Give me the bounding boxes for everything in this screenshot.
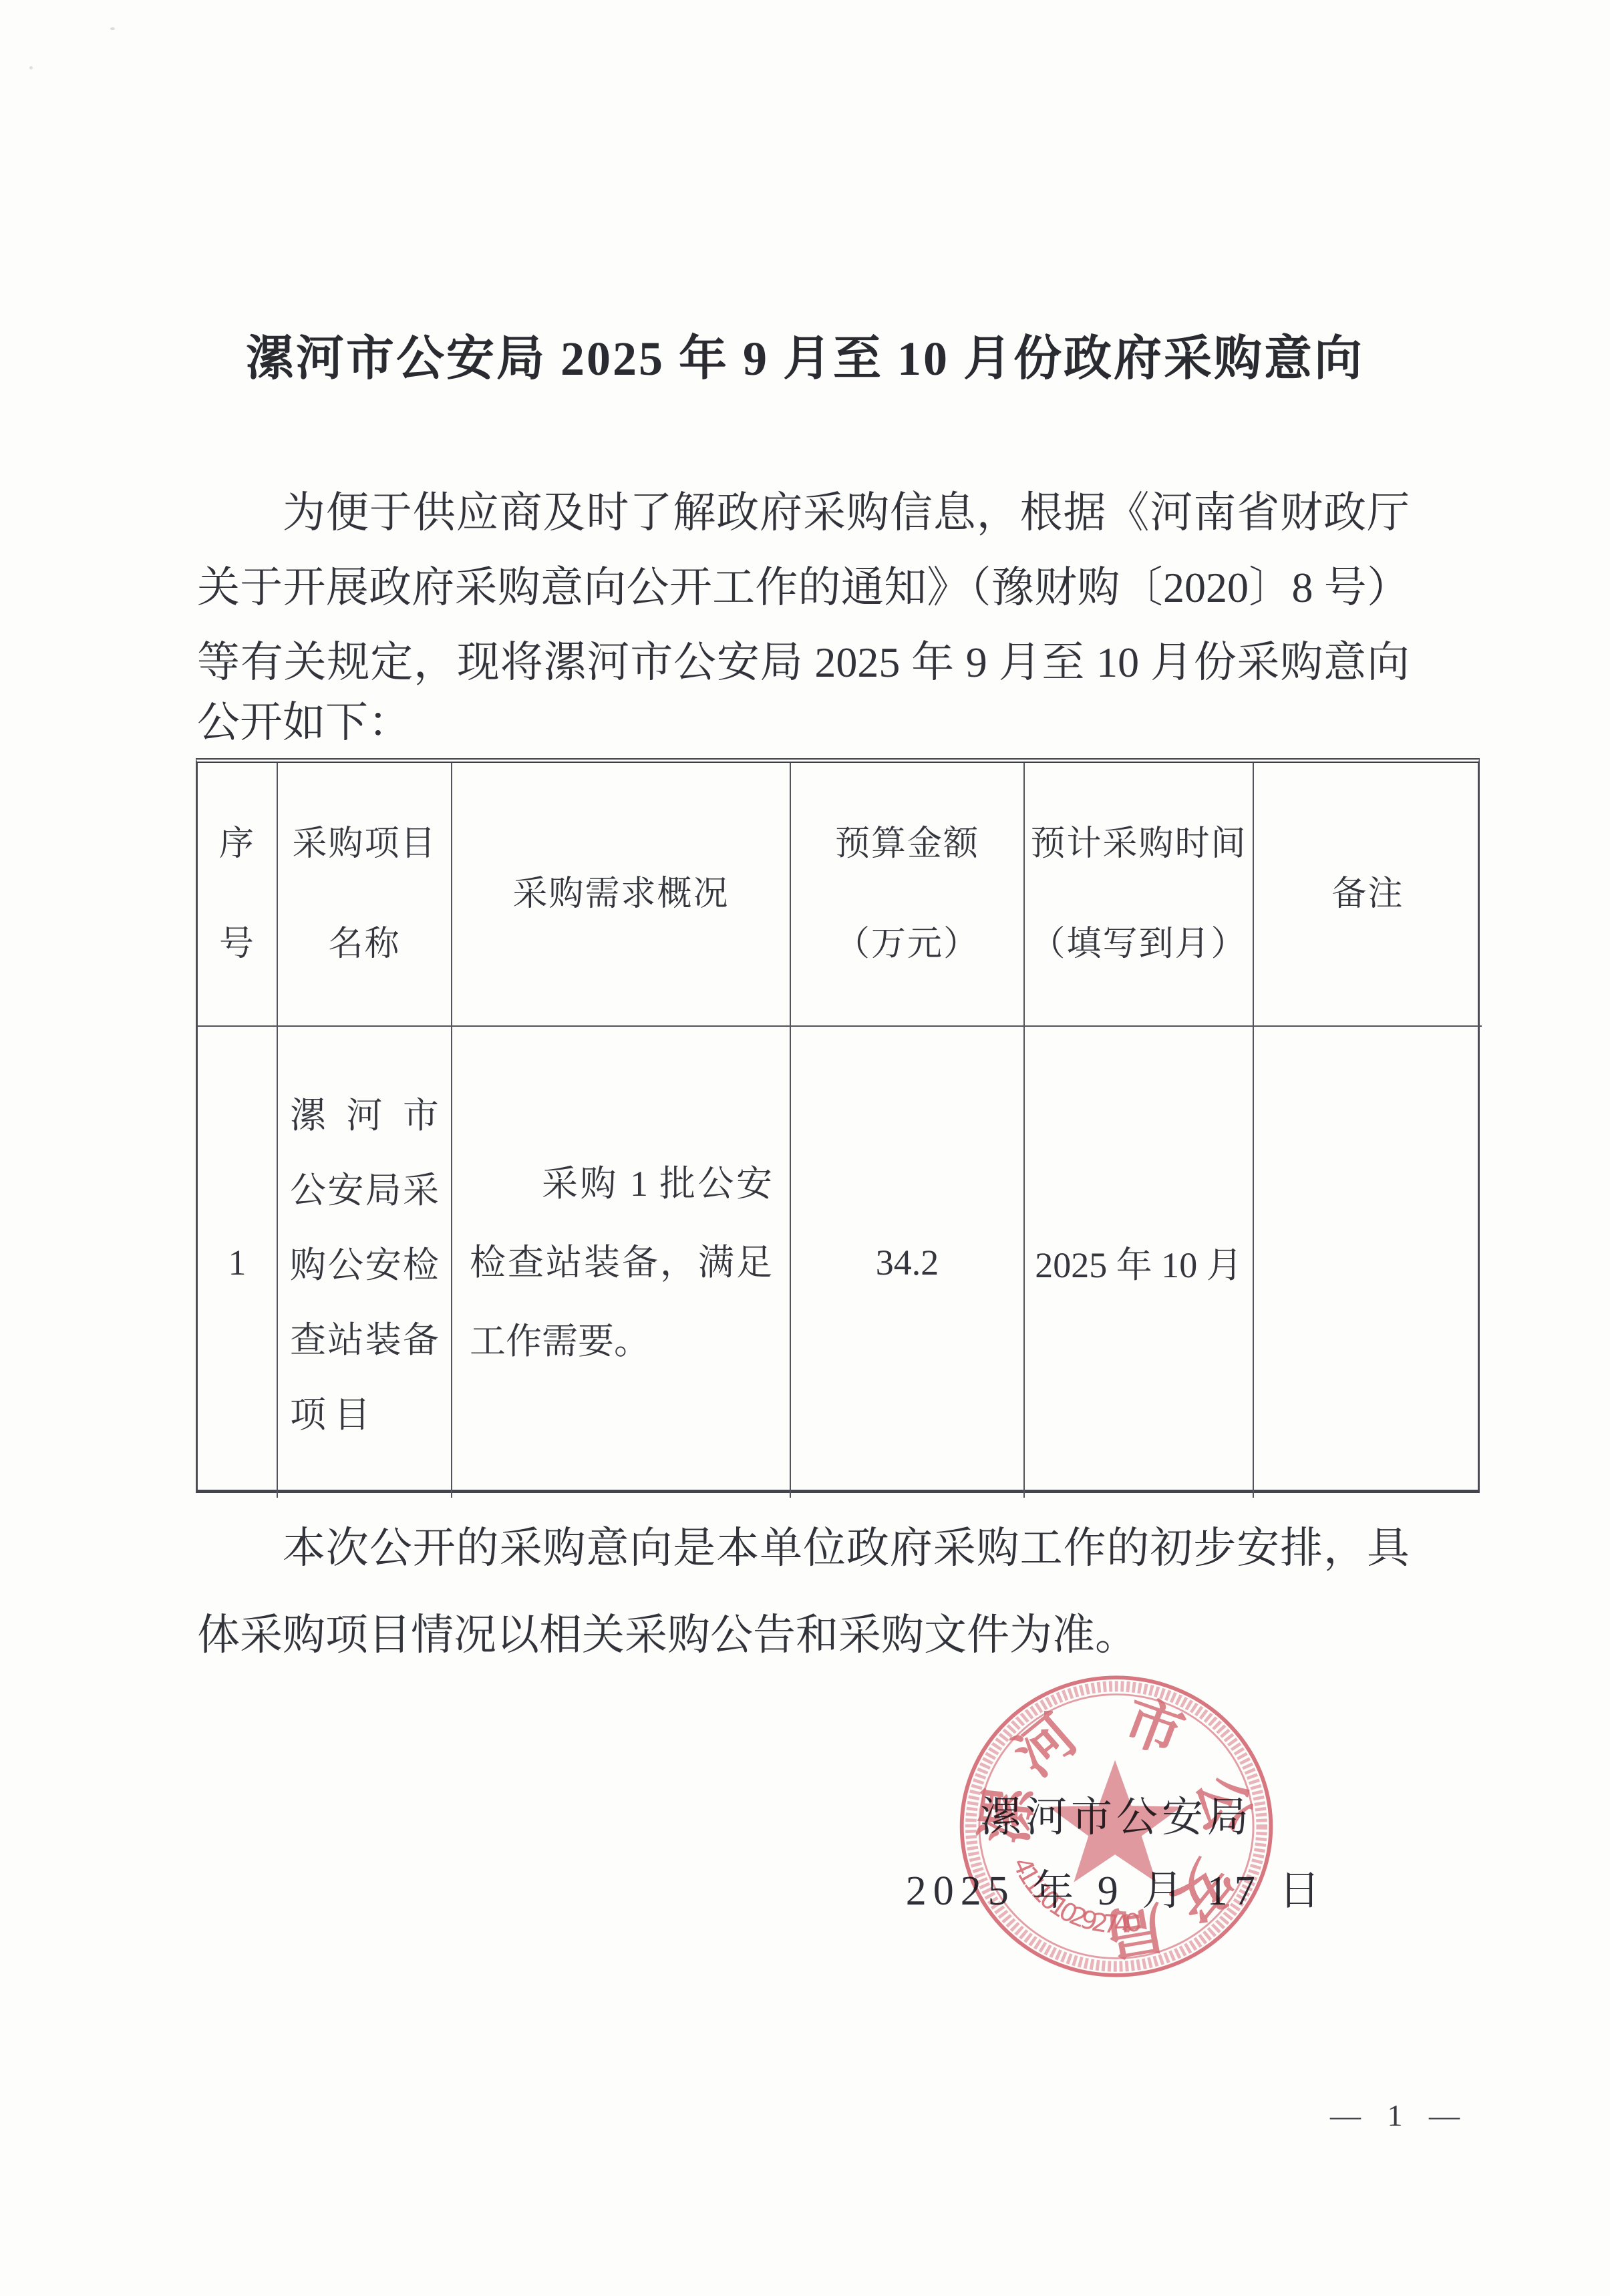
cell-project-name: 漯河市公安局采购公安检查站装备项目: [278, 1027, 452, 1498]
cell-expected-time: 2025 年 10 月: [1025, 1027, 1254, 1498]
scan-artifact: [110, 27, 115, 30]
header-line: 名称: [328, 925, 400, 964]
seal-ring-char: 河: [1003, 1703, 1090, 1788]
intro-tail-line: 公开如下：: [197, 685, 1410, 760]
scan-artifact: [29, 66, 33, 69]
closing-paragraph: 本次公开的采购意向是本单位政府采购工作的初步安排，具体采购项目情况以相关采购公告…: [197, 1505, 1410, 1679]
header-line: 序: [219, 825, 255, 864]
paragraph-line: 为便于供应商及时了解政府采购信息，根据《河南省财政厅: [197, 476, 1410, 550]
header-line: 号: [219, 925, 255, 964]
seal-ring-char: 公: [1185, 1770, 1261, 1838]
document-title: 漯河市公安局 2025 年 9 月至 10 月份政府采购意向: [0, 319, 1610, 389]
seal-ring-char: 安: [1159, 1850, 1247, 1933]
header-line: 采购项目: [292, 825, 436, 864]
paragraph-line: 体采购项目情况以相关采购公告和采购文件为准。: [197, 1592, 1410, 1679]
official-seal-stamp: 漯河市公安局 4111010292740: [954, 1670, 1279, 1983]
seal-ring-char: 市: [1115, 1688, 1192, 1766]
name-line: 漯河市: [278, 1076, 451, 1150]
header-line: 预计采购时间: [1030, 825, 1247, 864]
name-line: 项目: [278, 1375, 451, 1450]
paragraph-line: 关于开展政府采购意向公开工作的通知》（豫财购〔2020〕8 号）: [197, 550, 1410, 625]
seal-ring-char: 漯: [972, 1783, 1043, 1847]
cell-demand-overview: 采购 1 批公安检查站装备，满足工作需要。: [452, 1027, 791, 1498]
page-number: — 1 —: [1293, 2098, 1506, 2133]
seal-star: [1048, 1760, 1182, 1882]
procurement-table: 序号 采购项目名称 采购需求概况 预算金额（万元） 预计采购时间（填写到月） 备…: [196, 758, 1480, 1493]
header-line: 备注: [1331, 875, 1404, 914]
header-cell-remark: 备注: [1254, 763, 1482, 1027]
cell-budget: 34.2: [791, 1027, 1025, 1498]
document-page: 漯河市公安局 2025 年 9 月至 10 月份政府采购意向 为便于供应商及时了…: [0, 0, 1610, 2296]
header-cell-expected-time: 预计采购时间（填写到月）: [1025, 763, 1254, 1027]
header-line: （填写到月）: [1030, 925, 1247, 964]
header-cell-demand-overview: 采购需求概况: [452, 763, 791, 1027]
name-line: 公安局采: [278, 1150, 451, 1225]
header-cell-project-name: 采购项目名称: [278, 763, 452, 1027]
paragraph-line: 本次公开的采购意向是本单位政府采购工作的初步安排，具: [197, 1505, 1410, 1592]
name-line: 查站装备: [278, 1300, 451, 1375]
cell-remark: [1254, 1027, 1482, 1498]
header-cell-budget: 预算金额（万元）: [791, 763, 1025, 1027]
header-line: 采购需求概况: [512, 875, 729, 914]
header-line: （万元）: [835, 925, 979, 964]
demand-overview-text: 采购 1 批公安检查站装备，满足工作需要。: [452, 1144, 790, 1381]
name-line: 购公安检: [278, 1225, 451, 1300]
intro-paragraph: 为便于供应商及时了解政府采购信息，根据《河南省财政厅关于开展政府采购意向公开工作…: [197, 476, 1410, 700]
cell-seq: 1: [198, 1027, 278, 1498]
header-line: 预算金额: [835, 825, 979, 864]
header-cell-seq: 序号: [198, 763, 278, 1027]
